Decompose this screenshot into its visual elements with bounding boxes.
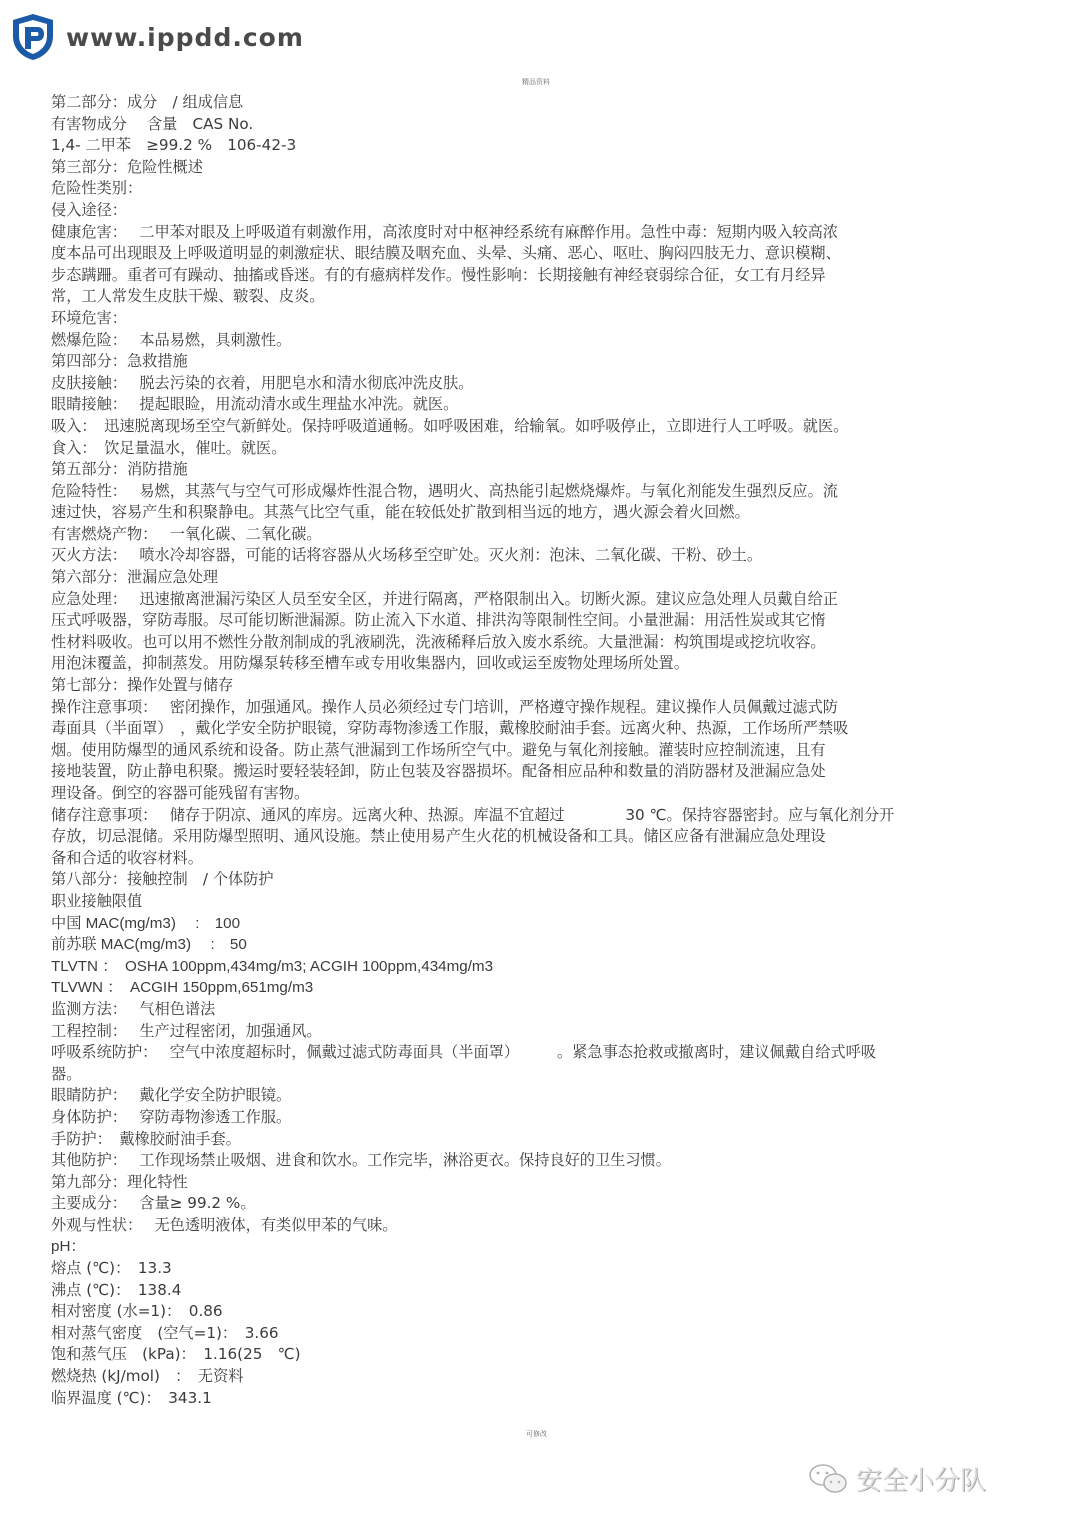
property-line: 饱和蒸气压 (kPa)： 1.16(25 ℃) — [51, 1344, 1011, 1366]
text-line: 步态蹒跚。重者可有躁动、抽搐或昏迷。有的有癔病样发作。慢性影响：长期接触有神经衰… — [51, 265, 1011, 287]
footer-note: 可修改 — [526, 1429, 547, 1439]
text-line: 速过快，容易产生和积聚静电。其蒸气比空气重，能在较低处扩散到相当远的地方，遇火源… — [51, 502, 1011, 524]
field-line: 燃爆危险： 本品易燃，具刺激性。 — [51, 330, 1011, 352]
section-heading: 第三部分：危险性概述 — [51, 157, 1011, 179]
shield-p-logo-icon — [10, 12, 56, 62]
property-line: 主要成分： 含量≥ 99.2 %。 — [51, 1193, 1011, 1215]
section-heading: 第七部分：操作处置与储存 — [51, 675, 1011, 697]
property-line: 燃烧热 (kJ/mol) ： 无资料 — [51, 1366, 1011, 1388]
text-line: 危险特性： 易燃，其蒸气与空气可形成爆炸性混合物，遇明火、高热能引起燃烧爆炸。与… — [51, 481, 1011, 503]
field-line: 工程控制： 生产过程密闭，加强通风。 — [51, 1021, 1011, 1043]
limit-value: 中国 MAC(mg/m3) : 100 — [51, 913, 1011, 935]
text-line: 常，工人常发生皮肤干燥、皲裂、皮炎。 — [51, 286, 1011, 308]
wechat-watermark: 安全小分队 — [808, 1460, 986, 1497]
field-line: 眼睛接触： 提起眼睑，用流动清水或生理盐水冲洗。就医。 — [51, 394, 1011, 416]
text-line: 健康危害： 二甲苯对眼及上呼吸道有刺激作用，高浓度时对中枢神经系统有麻醉作用。急… — [51, 222, 1011, 244]
section-heading: 第六部分：泄漏应急处理 — [51, 567, 1011, 589]
field-line: 食入： 饮足量温水，催吐。就医。 — [51, 438, 1011, 460]
property-line: 沸点 (℃)： 138.4 — [51, 1280, 1011, 1302]
wechat-icon — [808, 1462, 850, 1496]
section-heading: 第八部分：接触控制 / 个体防护 — [51, 869, 1011, 891]
field-line: 吸入： 迅速脱离现场至空气新鲜处。保持呼吸道通畅。如呼吸困难，给输氧。如呼吸停止… — [51, 416, 1011, 438]
limit-value: 前苏联 MAC(mg/m3) : 50 — [51, 934, 1011, 956]
section-heading: 第五部分：消防措施 — [51, 459, 1011, 481]
property-line: pH： — [51, 1236, 1011, 1258]
msds-document-body: 第二部分：成分 / 组成信息 有害物成分 含量 CAS No. 1,4- 二甲苯… — [51, 92, 1011, 1409]
field-line: 职业接触限值 — [51, 891, 1011, 913]
field-line: 监测方法： 气相色谱法 — [51, 999, 1011, 1021]
property-line: 外观与性状： 无色透明液体，有类似甲苯的气味。 — [51, 1215, 1011, 1237]
text-line: 操作注意事项： 密闭操作，加强通风。操作人员必须经过专门培训，严格遵守操作规程。… — [51, 697, 1011, 719]
text-line: 性材料吸收。也可以用不燃性分散剂制成的乳液刷洗，洗液稀释后放入废水系统。大量泄漏… — [51, 632, 1011, 654]
section-heading: 第九部分：理化特性 — [51, 1172, 1011, 1194]
property-line: 相对密度 (水=1)： 0.86 — [51, 1301, 1011, 1323]
field-line: 侵入途径： — [51, 200, 1011, 222]
field-line: 环境危害： — [51, 308, 1011, 330]
field-line: 手防护： 戴橡胶耐油手套。 — [51, 1129, 1011, 1151]
section-heading: 第二部分：成分 / 组成信息 — [51, 92, 1011, 114]
text-line: 用泡沫覆盖，抑制蒸发。用防爆泵转移至槽车或专用收集器内，回收或运至废物处理场所处… — [51, 653, 1011, 675]
property-line: 相对蒸气密度 (空气=1)： 3.66 — [51, 1323, 1011, 1345]
text-line: 呼吸系统防护： 空气中浓度超标时，佩戴过滤式防毒面具（半面罩） 。紧急事态抢救或… — [51, 1042, 1011, 1064]
field-line: 眼睛防护： 戴化学安全防护眼镜。 — [51, 1085, 1011, 1107]
text-line: 压式呼吸器，穿防毒服。尽可能切断泄漏源。防止流入下水道、排洪沟等限制性空间。小量… — [51, 610, 1011, 632]
site-url: www.ippdd.com — [66, 23, 304, 52]
property-line: 熔点 (℃)： 13.3 — [51, 1258, 1011, 1280]
site-logo[interactable]: www.ippdd.com — [10, 12, 304, 62]
field-line: 灭火方法： 喷水冷却容器，可能的话将容器从火场移至空旷处。灭火剂：泡沫、二氧化碳… — [51, 545, 1011, 567]
text-line: 接地装置，防止静电积聚。搬运时要轻装轻卸，防止包装及容器损坏。配备相应品种和数量… — [51, 761, 1011, 783]
section-heading: 第四部分：急救措施 — [51, 351, 1011, 373]
limit-value: TLVWN ： ACGIH 150ppm,651mg/m3 — [51, 977, 1011, 999]
text-line: 器。 — [51, 1064, 1011, 1086]
table-header: 有害物成分 含量 CAS No. — [51, 114, 1011, 136]
text-line: 备和合适的收容材料。 — [51, 848, 1011, 870]
header-note: 精品资料 — [522, 77, 550, 87]
text-line: 存放，切忌混储。采用防爆型照明、通风设施。禁止使用易产生火花的机械设备和工具。储… — [51, 826, 1011, 848]
property-line: 临界温度 (℃)： 343.1 — [51, 1388, 1011, 1410]
field-line: 危险性类别： — [51, 178, 1011, 200]
watermark-text: 安全小分队 — [856, 1460, 986, 1497]
text-line: 理设备。倒空的容器可能残留有害物。 — [51, 783, 1011, 805]
field-line: 皮肤接触： 脱去污染的衣着，用肥皂水和清水彻底冲洗皮肤。 — [51, 373, 1011, 395]
text-line: 应急处理： 迅速撤离泄漏污染区人员至安全区，并进行隔离，严格限制出入。切断火源。… — [51, 589, 1011, 611]
text-line: 烟。使用防爆型的通风系统和设备。防止蒸气泄漏到工作场所空气中。避免与氧化剂接触。… — [51, 740, 1011, 762]
field-line: 有害燃烧产物： 一氧化碳、二氧化碳。 — [51, 524, 1011, 546]
text-line: 毒面具（半面罩） ，戴化学安全防护眼镜，穿防毒物渗透工作服，戴橡胶耐油手套。远离… — [51, 718, 1011, 740]
limit-value: TLVTN ： OSHA 100ppm,434mg/m3; ACGIH 100p… — [51, 956, 1011, 978]
text-line: 储存注意事项： 储存于阴凉、通风的库房。远离火种、热源。库温不宜超过 30 ℃。… — [51, 805, 1011, 827]
field-line: 身体防护： 穿防毒物渗透工作服。 — [51, 1107, 1011, 1129]
component-row: 1,4- 二甲苯 ≥99.2 % 106-42-3 — [51, 135, 1011, 157]
text-line: 度本品可出现眼及上呼吸道明显的刺激症状、眼结膜及咽充血、头晕、头痛、恶心、呕吐、… — [51, 243, 1011, 265]
field-line: 其他防护： 工作现场禁止吸烟、进食和饮水。工作完毕，淋浴更衣。保持良好的卫生习惯… — [51, 1150, 1011, 1172]
